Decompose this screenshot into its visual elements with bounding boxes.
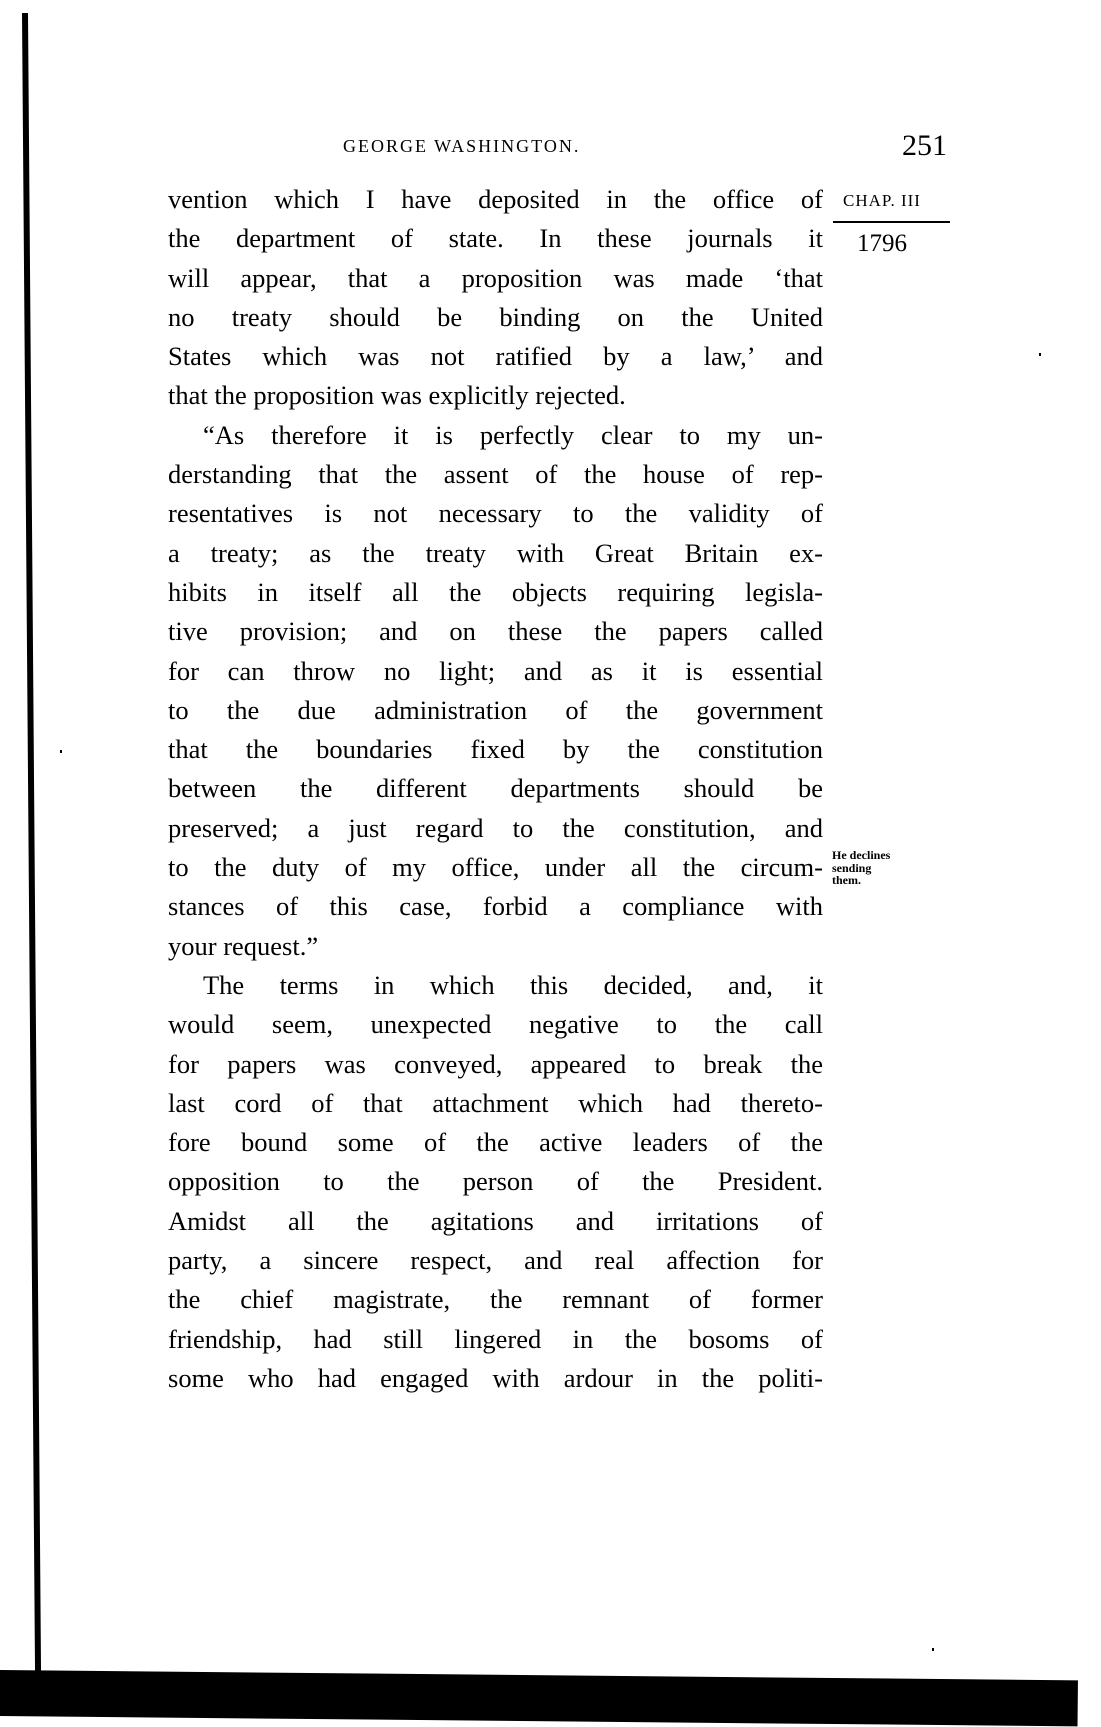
chapter-year: 1796 (857, 230, 907, 258)
text-line: the chief magistrate, the remnant of for… (168, 1280, 823, 1319)
text-line: to the due administration of the governm… (168, 691, 823, 730)
text-line: last cord of that attachment which had t… (168, 1084, 823, 1123)
text-line: Amidst all the agitations and irritation… (168, 1202, 823, 1241)
text-line: some who had engaged with ardour in the … (168, 1359, 823, 1398)
text-line: your request.” (168, 927, 823, 966)
scan-speck (1039, 353, 1041, 356)
text-line: derstanding that the assent of the house… (168, 455, 823, 494)
text-line: would seem, unexpected negative to the c… (168, 1005, 823, 1044)
text-line: hibits in itself all the objects requiri… (168, 573, 823, 612)
text-line: to the duty of my office, under all the … (168, 848, 823, 887)
text-line: preserved; a just regard to the constitu… (168, 809, 823, 848)
text-line: stances of this case, forbid a complianc… (168, 887, 823, 926)
binding-shadow-left (22, 13, 41, 1683)
chapter-rule-divider (833, 221, 950, 223)
book-page: GEORGE WASHINGTON. 251 CHAP. III 1796 ve… (0, 0, 1101, 1727)
text-line: fore bound some of the active leaders of… (168, 1123, 823, 1162)
margin-note: He declines sending them. (832, 849, 890, 887)
text-line: that the proposition was explicitly reje… (168, 376, 823, 415)
text-line-paragraph-start: “As therefore it is perfectly clear to m… (168, 416, 823, 455)
text-line-paragraph-start: The terms in which this decided, and, it (168, 966, 823, 1005)
text-line: opposition to the person of the Presiden… (168, 1162, 823, 1201)
text-line: a treaty; as the treaty with Great Brita… (168, 534, 823, 573)
text-line: States which was not ratified by a law,’… (168, 337, 823, 376)
body-text: vention which I have deposited in the of… (168, 180, 823, 1398)
text-line: tive provision; and on these the papers … (168, 612, 823, 651)
text-line: between the different departments should… (168, 769, 823, 808)
page-number: 251 (902, 129, 947, 163)
margin-note-line: He declines (832, 849, 890, 862)
scan-speck (932, 1648, 934, 1651)
scan-speck (60, 750, 62, 753)
running-head-title: GEORGE WASHINGTON. (343, 136, 580, 157)
text-line: will appear, that a proposition was made… (168, 259, 823, 298)
text-line: party, a sincere respect, and real affec… (168, 1241, 823, 1280)
text-line: friendship, had still lingered in the bo… (168, 1320, 823, 1359)
text-line: the department of state. In these journa… (168, 219, 823, 258)
text-line: that the boundaries fixed by the constit… (168, 730, 823, 769)
text-line: for can throw no light; and as it is ess… (168, 652, 823, 691)
scan-edge-bottom (0, 1670, 1078, 1726)
text-line: for papers was conveyed, appeared to bre… (168, 1045, 823, 1084)
chapter-label: CHAP. III (843, 191, 921, 211)
text-line: vention which I have deposited in the of… (168, 180, 823, 219)
text-line: resentatives is not necessary to the val… (168, 494, 823, 533)
text-line: no treaty should be binding on the Unite… (168, 298, 823, 337)
margin-note-line: them. (832, 874, 890, 887)
